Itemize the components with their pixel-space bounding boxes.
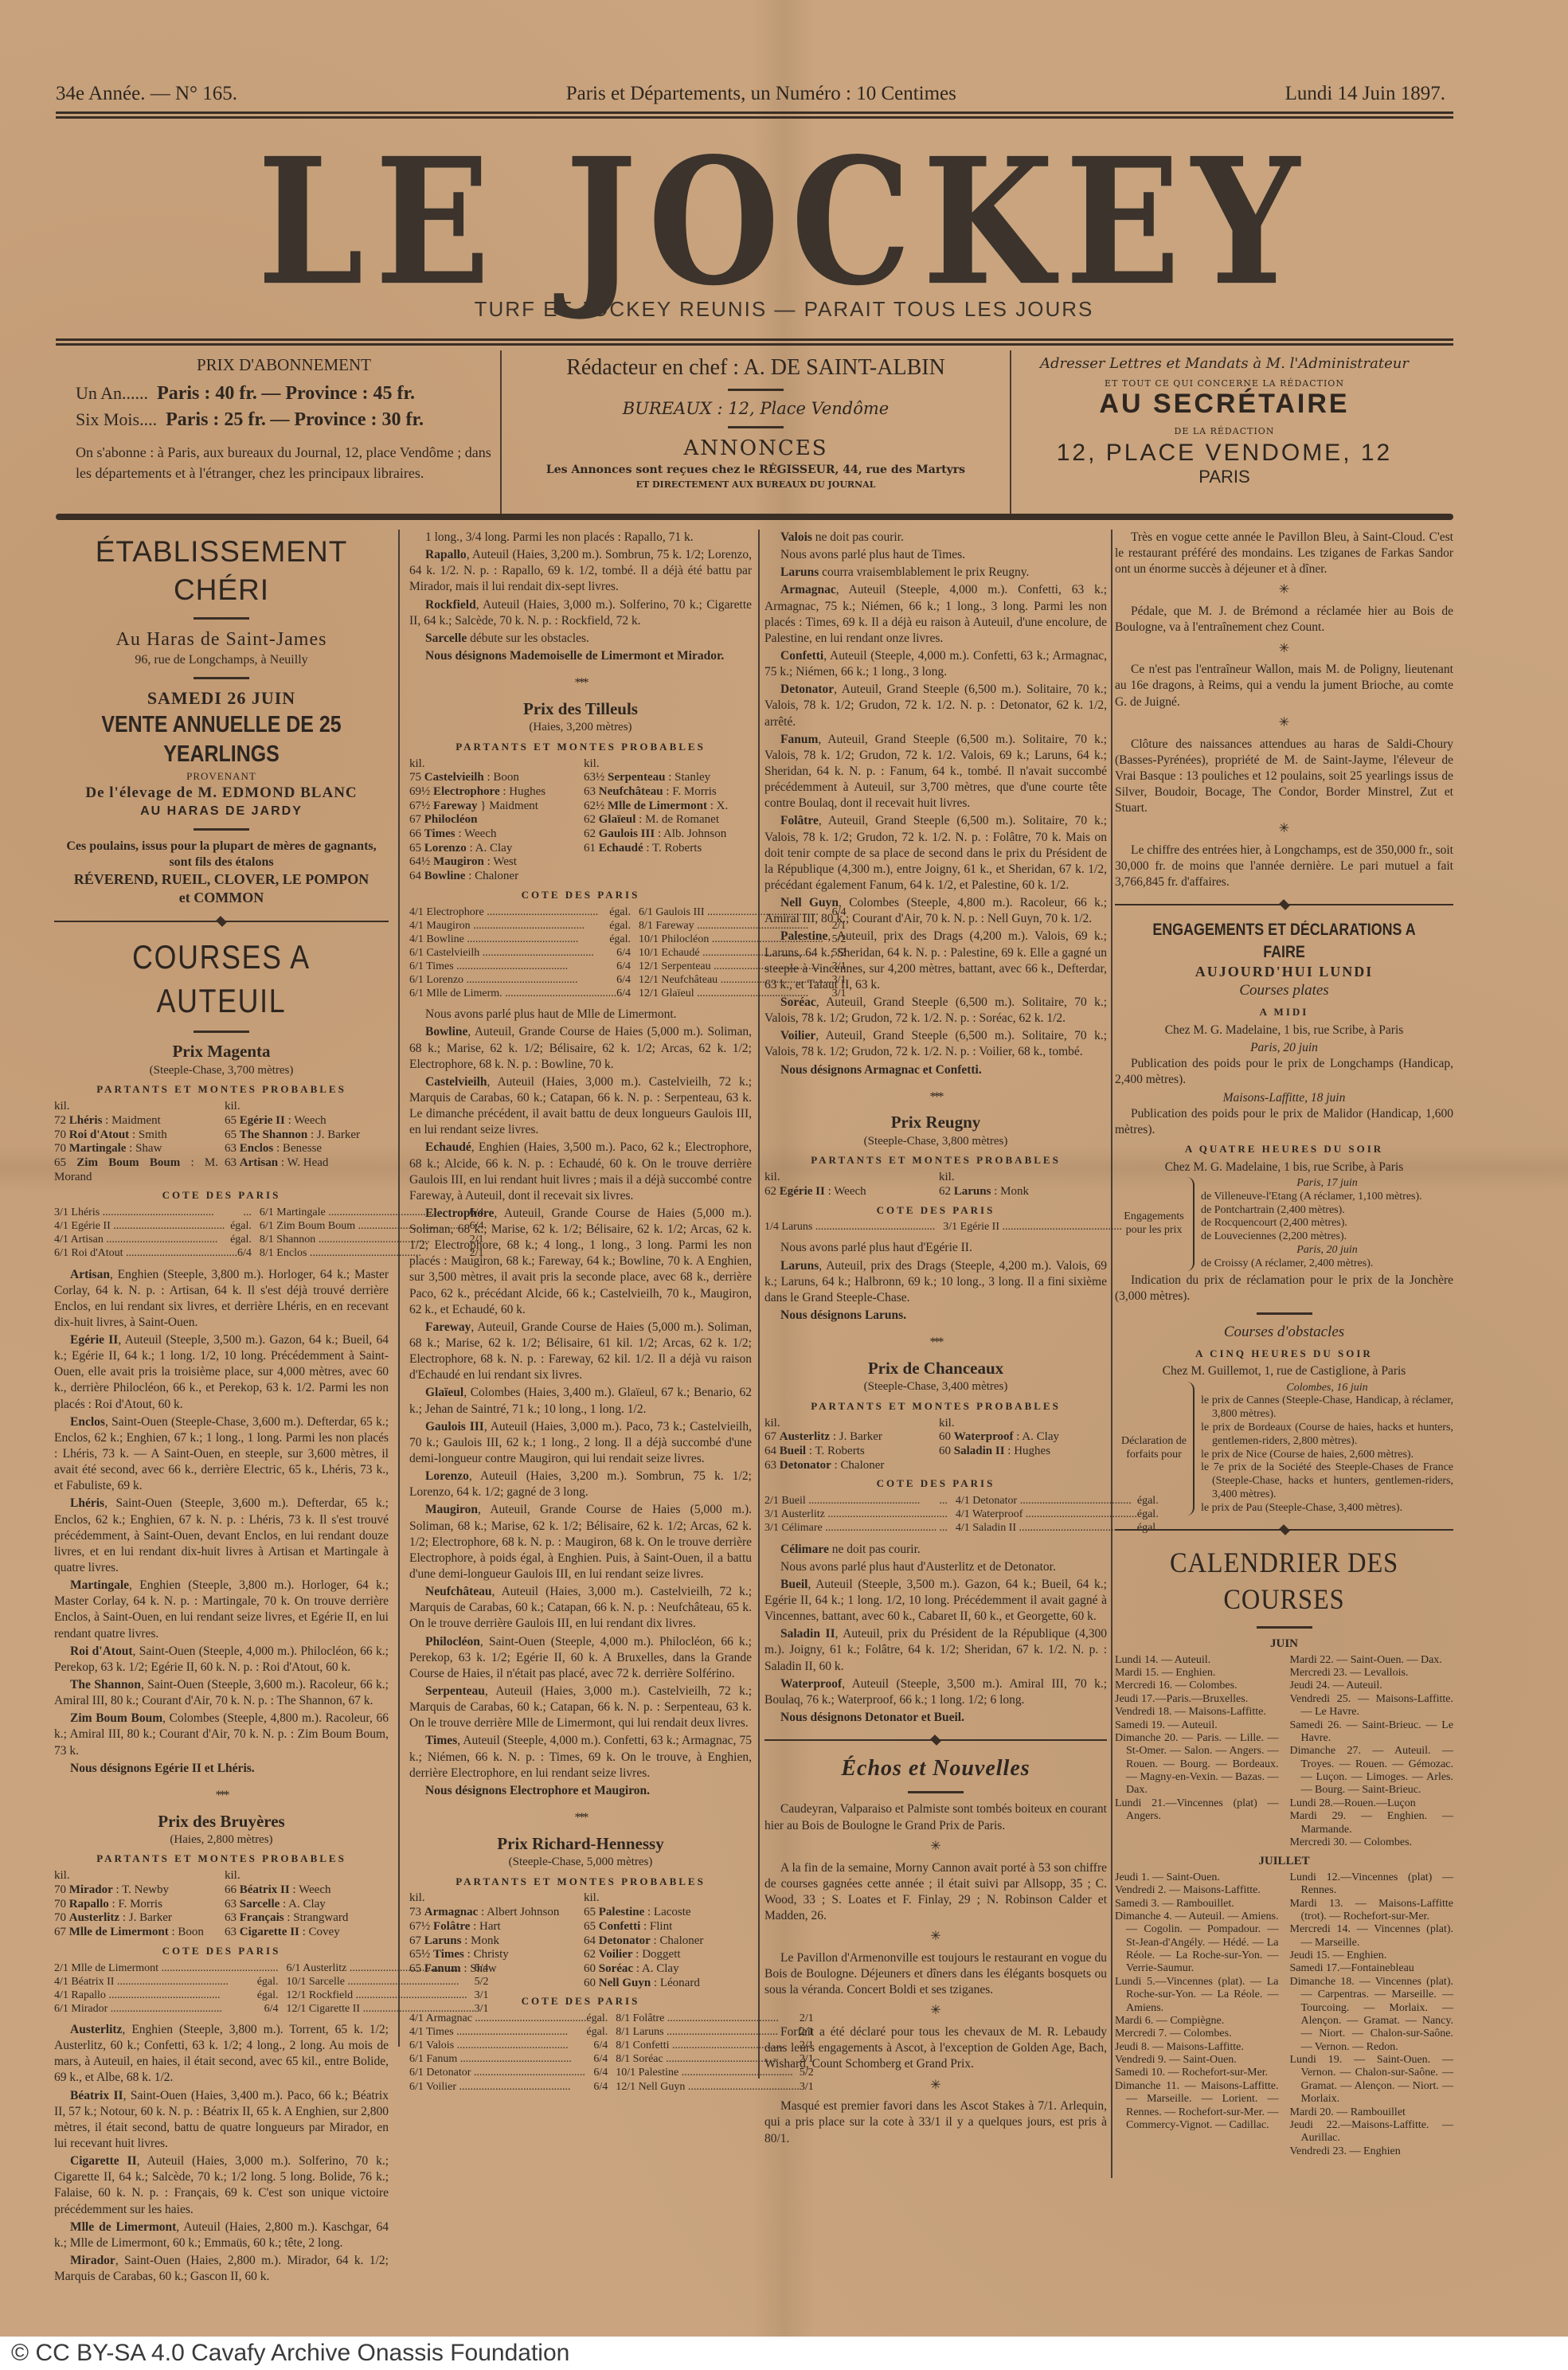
echos-title: Échos et Nouvelles — [764, 1754, 1107, 1783]
calendar: JUINLundi 14. — Auteuil.Mardi 15. — Engh… — [1115, 1637, 1453, 2158]
echo-item: Ce n'est pas l'entraîneur Wallon, mais M… — [1115, 662, 1453, 710]
horse-name: Times — [433, 1948, 464, 1961]
horse-name: Enclos — [70, 1415, 105, 1429]
runner-row: 63 Enclos : Benesse — [225, 1142, 389, 1156]
calendar-month: JUILLET — [1115, 1854, 1453, 1870]
subscription-note: On s'abonne : à Paris, aux bureaux du Jo… — [76, 442, 492, 483]
odds-horse: 3/1 Célimare — [764, 1521, 939, 1535]
odds-horse: 6/1 Roi d'Atout — [54, 1246, 237, 1260]
horse-name: Artisan — [70, 1268, 110, 1281]
runner-row: 65 Confetti : Flint — [584, 1920, 752, 1934]
runners-col: kil.72 Lhéris : Maidment70 Roi d'Atout :… — [54, 1100, 218, 1184]
odds-place: égal. — [586, 2012, 608, 2025]
odds-horse: 3/1 Austerlitz — [764, 1508, 939, 1521]
note-paragraph: Serpenteau, Auteuil (Haies, 3,000 m.). C… — [409, 1684, 752, 1731]
runner-row: 65 The Shannon : J. Barker — [225, 1128, 389, 1143]
note-paragraph: Gaulois III, Auteuil (Haies, 3,000 m.). … — [409, 1419, 752, 1467]
horse-name: Armagnac — [424, 1906, 479, 1918]
odds-horse: 3/1 Lhéris — [54, 1206, 243, 1219]
price-line: Paris et Départements, un Numéro : 10 Ce… — [566, 83, 956, 105]
race-title: Prix de Chanceaux — [764, 1358, 1107, 1379]
subscription-row: Six Mois.... Paris : 25 fr. — Province :… — [76, 409, 492, 431]
subscription-row: Un An...... Paris : 40 fr. — Province : … — [76, 383, 492, 405]
horse-name: Béatrix II — [240, 1883, 290, 1896]
horse-name: The Shannon — [240, 1128, 307, 1141]
odds-row: 4/1 Maugironégal. — [409, 919, 631, 933]
horse-name: Lorenzo — [425, 1469, 469, 1483]
runner-row: 65 Fanum : Shaw — [409, 1962, 577, 1977]
odds-row: 3/1 Austerlitz... — [764, 1508, 948, 1521]
echo-item: Le chiffre des entrées hier, à Longchamp… — [1115, 843, 1453, 890]
runner-row: 72 Lhéris : Maidment — [54, 1114, 218, 1128]
calendar-entry: Lundi 28.—Rouen.—Luçon — [1290, 1797, 1454, 1810]
kil-label: kil. — [939, 1171, 1107, 1185]
calendar-entry: Lundi 21.—Vincennes (plat) — Angers. — [1115, 1797, 1279, 1824]
asterism-icon: ✳ — [1115, 641, 1453, 658]
odds-col: 3/1 Lhéris...4/1 Egérie IIégal.4/1 Artis… — [54, 1206, 252, 1260]
horse-name: Soréac — [780, 995, 816, 1009]
race-notes: Artisan, Enghien (Steeple, 3,800 m.). Ho… — [54, 1267, 389, 1777]
odds-place: ... — [927, 1220, 936, 1234]
odds-row: 6/1 Times6/4 — [409, 960, 631, 973]
runner-row: 64 Detonator : Chaloner — [584, 1934, 752, 1949]
horse-name: Zim Boum Boum — [70, 1711, 162, 1725]
odds-horse: 4/1 Electrophore — [409, 905, 609, 919]
note-paragraph: Times, Auteuil (Steeple, 4,000 m.). Conf… — [409, 1733, 752, 1781]
calendar-entry: Dimanche 20. — Paris. — Lille. — St-Omer… — [1115, 1732, 1279, 1797]
race-title: Prix Richard-Hennessy — [409, 1833, 752, 1855]
odds-row: 6/1 Fanum6/4 — [409, 2052, 608, 2066]
horse-name: Confetti — [599, 1920, 641, 1933]
advert-title: ÉTABLISSEMENT CHÉRI — [54, 533, 389, 609]
odds-place: égal. — [230, 1219, 252, 1233]
runners-col: kil.67 Austerlitz : J. Barker64 Bueil : … — [764, 1417, 933, 1473]
odds-col: 3/1 Egérie II... — [943, 1220, 1122, 1234]
calendar-entry: Mardi 29. — Enghien. — Marmande. — [1290, 1810, 1454, 1836]
horse-name: Cigarette II — [240, 1926, 299, 1938]
odds-row: 4/1 Rapalloégal. — [54, 1989, 279, 2002]
odds-place: ... — [939, 1494, 948, 1508]
runner-row: 69½ Electrophore : Hughes — [409, 785, 577, 800]
calendar-entry: Lundi 14. — Auteuil. — [1115, 1654, 1279, 1667]
horse-name: Glaïeul — [425, 1386, 463, 1399]
prize-item: de Villeneuve-l'Etang (A réclamer, 1,100… — [1201, 1191, 1453, 1204]
asterism-icon: ✳ — [764, 1929, 1107, 1946]
engagements-title: ENGAGEMENTS ET DÉCLARATIONS A FAIRE — [1140, 919, 1428, 963]
runners-col: kil.70 Mirador : T. Newby70 Rapallo : F.… — [54, 1869, 218, 1939]
note-paragraph: Béatrix II, Saint-Ouen (Haies, 3,400 m.)… — [54, 2088, 389, 2153]
runner-row: 67 Philocléon — [409, 813, 577, 827]
odds-horse: 4/1 Waterproof — [956, 1508, 1137, 1521]
prize-item: le prix de Cannes (Steeple-Chase, Handic… — [1201, 1394, 1453, 1422]
calendar-entry: Jeudi 8. — Maisons-Laffitte. — [1115, 2041, 1279, 2054]
horse-name: Detonator — [599, 1934, 651, 1947]
runner-row: 65 Palestine : Lacoste — [584, 1906, 752, 1920]
odds-horse: 6/1 Mirador — [54, 2002, 264, 2016]
runner-row: 64 Bowline : Chaloner — [409, 870, 577, 884]
race-title: Prix des Bruyères — [54, 1811, 389, 1832]
calendar-entry: Mercredi 14. — Vincennes (plat). — Marse… — [1290, 1923, 1454, 1950]
column-2: 1 long., 3/4 long. Parmi les non placés … — [409, 530, 752, 2100]
note-paragraph: The Shannon, Saint-Ouen (Steeple, 3,600 … — [54, 1677, 389, 1709]
note-paragraph: Nell Guyn, Colombes (Steeple, 4,800 m.).… — [764, 895, 1107, 927]
echo-item: Pédale, que M. J. de Brémond a réclamée … — [1115, 604, 1453, 636]
odds-place: ... — [939, 1521, 948, 1535]
section-title: COURSES A AUTEUIL — [80, 936, 364, 1023]
calendar-entry: Mercredi 7. — Colombes. — [1115, 2028, 1279, 2040]
horse-name: Neufchâteau — [599, 785, 663, 798]
odds-row: 6/1 Roi d'Atout6/4 — [54, 1246, 252, 1260]
calendar-col: Mardi 22. — Saint-Ouen. — Dax.Mercredi 2… — [1290, 1654, 1454, 1850]
odds-row: 4/1 Bowlineégal. — [409, 933, 631, 946]
runner-row: 63 Sarcelle : A. Clay — [225, 1898, 389, 1912]
runners-col: kil.60 Waterproof : A. Clay60 Saladin II… — [939, 1417, 1107, 1473]
odds-row: 1/4 Laruns... — [764, 1220, 935, 1234]
runners-table: kil.72 Lhéris : Maidment70 Roi d'Atout :… — [54, 1100, 389, 1184]
runner-row: 60 Soréac : A. Clay — [584, 1962, 752, 1977]
runner-row: 62 Laruns : Monk — [939, 1185, 1107, 1199]
calendar-entry: Mercredi 23. — Levallois. — [1290, 1667, 1454, 1680]
forfeits-block: Déclaration de forfaits pour Colombes, 1… — [1115, 1382, 1453, 1515]
prize-item: de Pontchartrain (2,400 mètres). — [1201, 1204, 1453, 1218]
calendar-entry: Jeudi 24. — Auteuil. — [1290, 1680, 1454, 1692]
kil-label: kil. — [54, 1869, 218, 1883]
note-paragraph: Electrophore, Auteuil, Grande Course de … — [409, 1206, 752, 1318]
horse-name: Waterproof — [780, 1677, 842, 1691]
advert-headline: VENTE ANNUELLE DE 25 YEARLINGS — [77, 710, 365, 770]
runner-row: 62½ Mlle de Limermont : X. — [584, 800, 752, 814]
note-paragraph: Lorenzo, Auteuil (Haies, 3,200 m.). Somb… — [409, 1469, 752, 1500]
runner-row: 63 Artisan : W. Head — [225, 1156, 389, 1171]
rule — [56, 338, 1453, 346]
runner-row: 65 Lorenzo : A. Clay — [409, 842, 577, 856]
horse-name: Palestine — [780, 929, 827, 943]
runners-col: kil.73 Armagnac : Albert Johnson67½ Folâ… — [409, 1891, 577, 1990]
odds-horse: 2/1 Bueil — [764, 1494, 939, 1508]
horse-name: Roi d'Atout — [70, 1645, 132, 1658]
odds-place: égal. — [586, 2025, 608, 2039]
echo-item: Caudeyran, Valparaiso et Palmiste sont t… — [764, 1801, 1107, 1833]
horse-name: Neufchâteau — [425, 1585, 492, 1598]
horse-name: Sarcelle — [425, 632, 467, 645]
runner-row: 75 Castelvieilh : Boon — [409, 771, 577, 785]
runner-row: 67 Mlle de Limermont : Boon — [54, 1926, 218, 1940]
odds-table: 2/1 Bueil...3/1 Austerlitz...3/1 Célimar… — [764, 1494, 1107, 1535]
horse-name: Célimare — [780, 1543, 829, 1556]
odds-place: ... — [939, 1508, 948, 1521]
runner-row: 60 Saladin II : Hughes — [939, 1445, 1107, 1459]
horse-name: Mlle de Limermont — [70, 2220, 176, 2234]
odds-place: égal. — [257, 1975, 279, 1989]
note-paragraph: Detonator, Auteuil, Grand Steeple (6,500… — [764, 682, 1107, 729]
horse-name: Fanum — [424, 1962, 461, 1975]
horse-name: Mirador — [69, 1883, 113, 1896]
note-paragraph: Rapallo, Auteuil (Haies, 3,200 m.). Somb… — [409, 547, 752, 595]
echo-item: Masqué est premier favori dans les Ascot… — [764, 2098, 1107, 2146]
horse-name: The Shannon — [70, 1678, 141, 1691]
odds-row: 4/1 Artisanégal. — [54, 1233, 252, 1246]
calendar-month: JUIN — [1115, 1637, 1453, 1652]
issue-date: Lundi 14 Juin 1897. — [1285, 83, 1445, 105]
race-notes: Austerlitz, Enghien (Steeple, 3,800 m.).… — [54, 2022, 389, 2285]
horse-name: Bueil — [780, 1578, 807, 1591]
horse-name: Laruns — [954, 1185, 991, 1198]
race-notes: Célimare ne doit pas courir.Nous avons p… — [764, 1542, 1107, 1727]
calendar-entry: Mardi 6. — Compiègne. — [1115, 2015, 1279, 2028]
runners-col: kil.63½ Serpenteau : Stanley63 Neufchâte… — [584, 757, 752, 884]
calendar-entry: Mardi 22. — Saint-Ouen. — Dax. — [1290, 1654, 1454, 1667]
odds-place: égal. — [609, 919, 631, 933]
note-paragraph: 1 long., 3/4 long. Parmi les non placés … — [409, 530, 752, 546]
calendar-entry: Mardi 20. — Rambouillet — [1290, 2106, 1454, 2119]
calendar-entry: Samedi 3. — Rambouillet. — [1115, 1898, 1279, 1910]
prize-item: le prix de Bordeaux (Course de haies, ha… — [1201, 1422, 1453, 1449]
prize-item: de Croissy (A réclamer, 2,400 mètres). — [1201, 1257, 1453, 1271]
horse-name: Mirador — [70, 2254, 115, 2267]
subscription-box: PRIX D'ABONNEMENT Un An...... Paris : 40… — [68, 350, 502, 518]
horse-name: Rapallo — [69, 1898, 109, 1910]
horse-name: Enclos — [240, 1142, 274, 1155]
note-paragraph: Palestine, Auteuil, prix des Drags (4,20… — [764, 929, 1107, 993]
odds-col: 4/1 Armagnacégal.4/1 Timeségal.6/1 Valoi… — [409, 2012, 608, 2093]
horse-name: Bowline — [424, 870, 466, 882]
kil-label: kil. — [225, 1869, 389, 1883]
runner-row: 66 Times : Weech — [409, 827, 577, 842]
odds-horse: 6/1 Lorenzo — [409, 973, 616, 987]
horse-name: Armagnac — [780, 583, 836, 596]
horse-name: Philocléon — [424, 813, 478, 826]
bureaux-address: BUREAUX : 12, Place Vendôme — [510, 399, 1002, 418]
pick: Nous désignons Egérie II et Lhéris. — [54, 1761, 389, 1777]
pick: Nous désignons Electrophore et Maugiron. — [409, 1783, 752, 1799]
echo-item: Le Pavillon d'Armenonville est toujours … — [764, 1950, 1107, 1998]
note-paragraph: Martingale, Enghien (Steeple, 3,800 m.).… — [54, 1578, 389, 1642]
horse-name: Times — [425, 1734, 457, 1747]
note-paragraph: Confetti, Auteuil (Steeple, 4,000 m.). C… — [764, 648, 1107, 680]
odds-horse: 4/1 Times — [409, 2025, 586, 2039]
note-paragraph: Roi d'Atout, Saint-Ouen (Steeple, 4,000 … — [54, 1644, 389, 1676]
runners-col: kil.62 Laruns : Monk — [939, 1171, 1107, 1199]
odds-table: 2/1 Mlle de Limermont..4/1 Béatrix IIéga… — [54, 1961, 389, 2016]
note-paragraph: Philocléon, Saint-Ouen (Steeple, 4,000 m… — [409, 1634, 752, 1682]
calendar-entry: Lundi 19. — Saint-Ouen. — Vernon. — Chal… — [1290, 2054, 1454, 2106]
odds-place: ... — [243, 1206, 252, 1219]
horse-name: Bowline — [425, 1025, 467, 1038]
column-1: ÉTABLISSEMENT CHÉRI Au Haras de Saint-Ja… — [54, 530, 389, 2286]
odds-row: 3/1 Lhéris... — [54, 1206, 252, 1219]
note-paragraph: Maugiron, Auteuil, Grande Course de Haie… — [409, 1502, 752, 1582]
note-paragraph: Egérie II, Auteuil (Steeple, 3,500 m.). … — [54, 1332, 389, 1413]
odds-place: 6/4 — [593, 2066, 608, 2079]
note-paragraph: Valois ne doit pas courir. — [764, 530, 1107, 546]
horse-name: Fanum — [780, 733, 818, 746]
horse-name: Mlle de Limermont — [69, 1926, 169, 1938]
calendar-entry: Jeudi 22.—Maisons-Laffitte. — Aurillac. — [1290, 2119, 1454, 2145]
runner-row: 70 Martingale : Shaw — [54, 1142, 218, 1156]
asterism-icon: ✳ — [1115, 821, 1453, 838]
kil-label: kil. — [764, 1417, 933, 1431]
note-paragraph: Fareway, Auteuil, Grande Course de Haies… — [409, 1320, 752, 1384]
kil-label: kil. — [409, 1891, 577, 1906]
note-paragraph: Enclos, Saint-Ouen (Steeple-Chase, 3,600… — [54, 1414, 389, 1495]
odds-col: 2/1 Mlle de Limermont..4/1 Béatrix IIéga… — [54, 1961, 279, 2016]
odds-row: 4/1 Egérie IIégal. — [54, 1219, 252, 1233]
horse-name: Fareway — [433, 800, 478, 812]
odds-col: 2/1 Bueil...3/1 Austerlitz...3/1 Célimar… — [764, 1494, 948, 1535]
odds-horse: 4/1 Maugiron — [409, 919, 609, 933]
runners-table: kil.70 Mirador : T. Newby70 Rapallo : F.… — [54, 1869, 389, 1939]
odds-table: 1/4 Laruns...3/1 Egérie II... — [764, 1220, 1107, 1234]
editor-in-chief: Rédacteur en chef : A. DE SAINT-ALBIN — [510, 355, 1002, 381]
note-paragraph: Sarcelle débute sur les obstacles. — [409, 631, 752, 647]
race-title: Prix Reugny — [764, 1112, 1107, 1133]
odds-row: 6/1 Detonator6/4 — [409, 2066, 608, 2079]
horse-name: Folâtre — [433, 1920, 470, 1933]
odds-row: 4/1 Electrophoreégal. — [409, 905, 631, 919]
note-paragraph: Voilier, Auteuil, Grand Steeple (6,500 m… — [764, 1028, 1107, 1060]
annonces-title: ANNONCES — [510, 436, 1002, 460]
horse-name: Laruns — [780, 565, 819, 579]
runner-row: 70 Mirador : T. Newby — [54, 1883, 218, 1898]
editorial-box: Rédacteur en chef : A. DE SAINT-ALBIN BU… — [502, 350, 1011, 518]
odds-col: 1/4 Laruns... — [764, 1220, 935, 1234]
calendar-entry: Mercredi 30. — Colombes. — [1290, 1836, 1454, 1849]
note-paragraph: Austerlitz, Enghien (Steeple, 3,800 m.).… — [54, 2022, 389, 2086]
odds-horse: 6/1 Castelvieilh — [409, 946, 616, 960]
runner-row: 70 Roi d'Atout : Smith — [54, 1128, 218, 1143]
runner-row: 63 Detonator : Chaloner — [764, 1459, 933, 1473]
odds-place: 6/4 — [593, 2039, 608, 2052]
race-notes: Nous avons parlé plus haut de Mlle de Li… — [409, 1007, 752, 1799]
odds-row: 2/1 Bueil... — [764, 1494, 948, 1508]
license-footer: © CC BY-SA 4.0 Cavafy Archive Onassis Fo… — [0, 2337, 1568, 2370]
horse-name: Times — [424, 827, 456, 840]
horse-name: Rapallo — [425, 548, 467, 561]
odds-horse: 3/1 Egérie II — [943, 1220, 1113, 1234]
issue-number: 34e Année. — N° 165. — [56, 83, 237, 105]
calendar-col: Jeudi 1. — Saint-Ouen.Vendredi 2. — Mais… — [1115, 1871, 1279, 2158]
odds-horse: 4/1 Bowline — [409, 933, 609, 946]
prize-item: de Louveciennes (2,200 mètres). — [1201, 1230, 1453, 1244]
horse-name: Austerlitz — [69, 1911, 119, 1924]
horse-name: Zim Boum Boum — [76, 1156, 180, 1169]
odds-place: 6/4 — [616, 987, 631, 1000]
runner-row: 63 Cigarette II : Covey — [225, 1926, 389, 1940]
calendar-title: CALENDRIER DES COURSES — [1132, 1544, 1437, 1619]
odds-place: égal. — [609, 905, 631, 919]
pick: Nous désignons Laruns. — [764, 1308, 1107, 1324]
horse-name: Detonator — [780, 682, 834, 696]
engagements-block: Engagements pour les prix Paris, 17 juin… — [1115, 1177, 1453, 1271]
runner-row: 67½ Folâtre : Hart — [409, 1920, 577, 1934]
odds-place: égal. — [609, 933, 631, 946]
odds-place: 6/4 — [616, 973, 631, 987]
calendar-entry: Mercredi 16. — Colombes. — [1115, 1680, 1279, 1692]
calendar-entry: Vendredi 9. — Saint-Ouen. — [1115, 2054, 1279, 2067]
echo-item: A la fin de la semaine, Morny Cannon ava… — [764, 1860, 1107, 1925]
calendar-entry: Samedi 17.—Fontainebleau — [1290, 1962, 1454, 1975]
runners-table: kil.73 Armagnac : Albert Johnson67½ Folâ… — [409, 1891, 752, 1990]
odds-row: 6/1 Valois6/4 — [409, 2039, 608, 2052]
runners-table: kil.75 Castelvieilh : Boon69½ Electropho… — [409, 757, 752, 884]
note-paragraph: Mlle de Limermont, Auteuil (Haies, 2,800… — [54, 2219, 389, 2251]
horse-name: Gaulois III — [599, 827, 655, 840]
note-paragraph: Nous avons parlé plus haut de Times. — [764, 547, 1107, 563]
horse-name: Echaudé — [425, 1140, 471, 1154]
note-paragraph: Nous avons parlé plus haut d'Egérie II. — [764, 1240, 1107, 1256]
odds-horse: 4/1 Béatrix II — [54, 1975, 257, 1989]
calendar-grid: Jeudi 1. — Saint-Ouen.Vendredi 2. — Mais… — [1115, 1871, 1453, 2158]
horse-name: Lorenzo — [424, 842, 467, 855]
note-paragraph: Nous avons parlé plus haut de Mlle de Li… — [409, 1007, 752, 1023]
horse-name: Maugiron — [433, 855, 484, 868]
horse-name: Folâtre — [780, 814, 819, 827]
horse-name: Egérie II — [240, 1114, 285, 1127]
horse-name: Sarcelle — [240, 1898, 280, 1910]
asterism-icon: ✳ — [1115, 715, 1453, 732]
odds-row: 3/1 Célimare... — [764, 1521, 948, 1535]
prize-item: le 7e prix de la Société des Steeple-Cha… — [1201, 1461, 1453, 1501]
runner-row: 60 Nell Guyn : Léonard — [584, 1977, 752, 1991]
runner-row: 63½ Serpenteau : Stanley — [584, 771, 752, 785]
note-paragraph: Cigarette II, Auteuil (Haies, 3,000 m.).… — [54, 2153, 389, 2218]
runner-row: 70 Rapallo : F. Morris — [54, 1898, 218, 1912]
note-paragraph: Bowline, Auteuil, Grande Course de Haies… — [409, 1024, 752, 1072]
odds-horse: 4/1 Egérie II — [54, 1219, 230, 1233]
calendar-entry: Lundi 5.—Vincennes (plat). — La Roche-su… — [1115, 1976, 1279, 2015]
horse-name: Glaïeul — [599, 813, 636, 826]
runner-row: 73 Armagnac : Albert Johnson — [409, 1906, 577, 1920]
runners-col: kil.62 Egérie II : Weech — [764, 1171, 933, 1199]
horse-name: Laruns — [780, 1259, 819, 1273]
horse-name: Roi d'Atout — [69, 1128, 129, 1141]
odds-place: 6/4 — [593, 2080, 608, 2094]
odds-row: 4/1 Timeségal. — [409, 2025, 608, 2039]
horse-name: Serpenteau — [608, 771, 666, 784]
column-4: Très en vogue cette année le Pavillon Bl… — [1115, 530, 1453, 2158]
horse-name: Cigarette II — [70, 2154, 137, 2168]
odds-row: 3/1 Egérie II... — [943, 1220, 1122, 1234]
odds-place: 6/4 — [616, 960, 631, 973]
calendar-entry: Samedi 10. — Rochefort-sur-Mer. — [1115, 2067, 1279, 2079]
runner-row: 67½ Fareway } Maidment — [409, 800, 577, 814]
place-date: Paris, 20 juin — [1201, 1244, 1453, 1257]
kil-label: kil. — [54, 1100, 218, 1114]
annonces-sub: ET DIRECTEMENT AUX BUREAUX DU JOURNAL — [510, 479, 1002, 490]
calendar-entry: Jeudi 17.—Paris.—Bruxelles. — [1115, 1693, 1279, 1706]
horse-name: Waterproof — [954, 1430, 1014, 1443]
odds-horse: 1/4 Laruns — [764, 1220, 927, 1234]
subscription-title: PRIX D'ABONNEMENT — [76, 355, 492, 375]
runner-row: 67 Laruns : Monk — [409, 1934, 577, 1949]
runner-row: 62 Egérie II : Weech — [764, 1185, 933, 1199]
note-paragraph: Bueil, Auteuil (Steeple, 3,500 m.). Gazo… — [764, 1577, 1107, 1625]
calendar-entry: Jeudi 15. — Enghien. — [1290, 1950, 1454, 1962]
calendar-entry: Mardi 13. — Maisons-Laffitte (trot). — R… — [1290, 1898, 1454, 1924]
odds-row: 6/1 Lorenzo6/4 — [409, 973, 631, 987]
note-paragraph: Mirador, Saint-Ouen (Haies, 2,800 m.). M… — [54, 2253, 389, 2285]
calendar-entry: Vendredi 2. — Maisons-Laffitte. — [1115, 1884, 1279, 1897]
note-paragraph: Lhéris, Saint-Ouen (Steeple, 3,600 m.). … — [54, 1496, 389, 1576]
horse-name: Gaulois III — [425, 1420, 484, 1433]
horse-name: Martingale — [69, 1142, 127, 1155]
race-title: Prix des Tilleuls — [409, 698, 752, 720]
horse-name: Soréac — [599, 1962, 633, 1975]
runner-row: 66 Béatrix II : Weech — [225, 1883, 389, 1898]
note-paragraph: Laruns, Auteuil, prix des Drags (Steeple… — [764, 1258, 1107, 1306]
newspaper-page: 34e Année. — N° 165. Paris et Départemen… — [0, 0, 1568, 2337]
echos-list: Caudeyran, Valparaiso et Palmiste sont t… — [764, 1801, 1107, 2146]
